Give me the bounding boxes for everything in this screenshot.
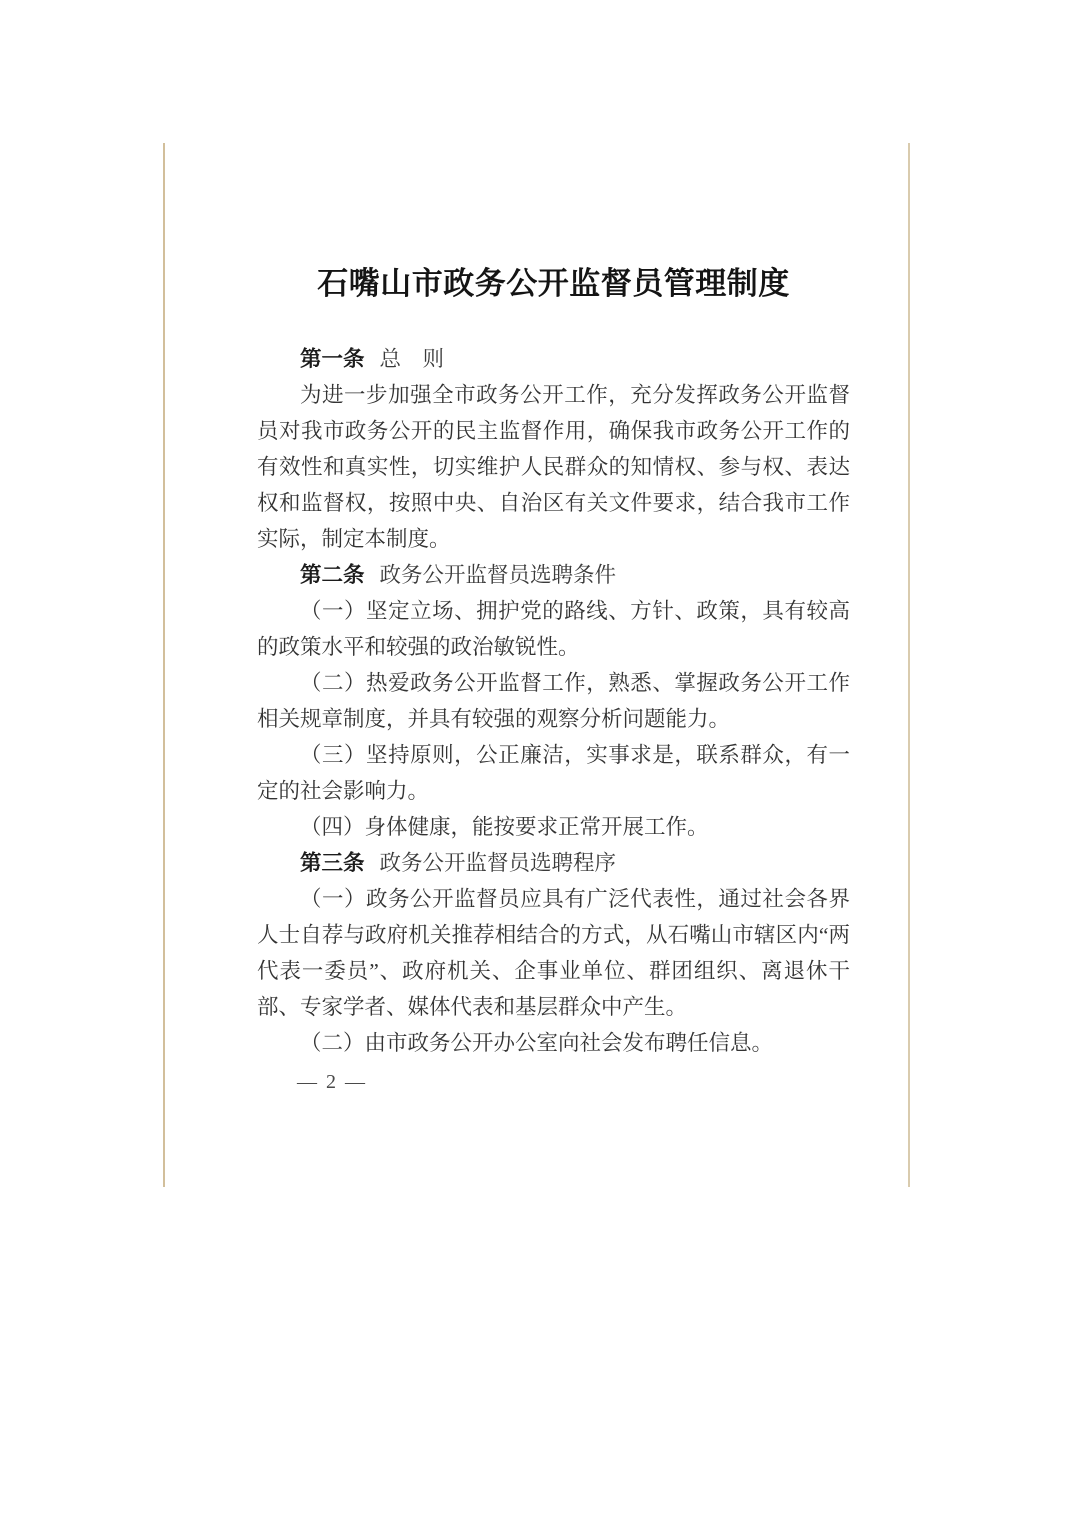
article-1-title: 总 则 (380, 347, 445, 371)
document-title: 石嘴山市政务公开监督员管理制度 (257, 263, 850, 305)
article-3-paragraph-2: （二）由市政务公开办公室向社会发布聘任信息。 (257, 1025, 850, 1061)
page-number: — 2 — (257, 1067, 850, 1097)
document-content: 石嘴山市政务公开监督员管理制度 第一条总 则 为进一步加强全市政务公开工作，充分… (257, 263, 850, 1097)
article-3-heading: 第三条政务公开监督员选聘程序 (257, 845, 850, 881)
article-3-paragraph-1: （一）政务公开监督员应具有广泛代表性，通过社会各界人士自荐与政府机关推荐相结合的… (257, 881, 850, 1025)
article-1-paragraph-1: 为进一步加强全市政务公开工作，充分发挥政务公开监督员对我市政务公开的民主监督作用… (257, 377, 850, 557)
page-edge-line-left (163, 143, 165, 1187)
article-3-label: 第三条 (300, 851, 365, 875)
document-page: 石嘴山市政务公开监督员管理制度 第一条总 则 为进一步加强全市政务公开工作，充分… (0, 0, 1074, 1520)
article-3-title: 政务公开监督员选聘程序 (380, 851, 617, 875)
page-edge-line-right (908, 143, 910, 1187)
article-2-label: 第二条 (300, 563, 365, 587)
article-2-heading: 第二条政务公开监督员选聘条件 (257, 557, 850, 593)
article-2-title: 政务公开监督员选聘条件 (380, 563, 617, 587)
article-2-paragraph-2: （二）热爱政务公开监督工作，熟悉、掌握政务公开工作相关规章制度，并具有较强的观察… (257, 665, 850, 737)
article-2-paragraph-1: （一）坚定立场、拥护党的路线、方针、政策，具有较高的政策水平和较强的政治敏锐性。 (257, 593, 850, 665)
article-2-paragraph-3: （三）坚持原则，公正廉洁，实事求是，联系群众，有一定的社会影响力。 (257, 737, 850, 809)
article-2-paragraph-4: （四）身体健康，能按要求正常开展工作。 (257, 809, 850, 845)
article-1-label: 第一条 (300, 347, 365, 371)
article-1-heading: 第一条总 则 (257, 341, 850, 377)
